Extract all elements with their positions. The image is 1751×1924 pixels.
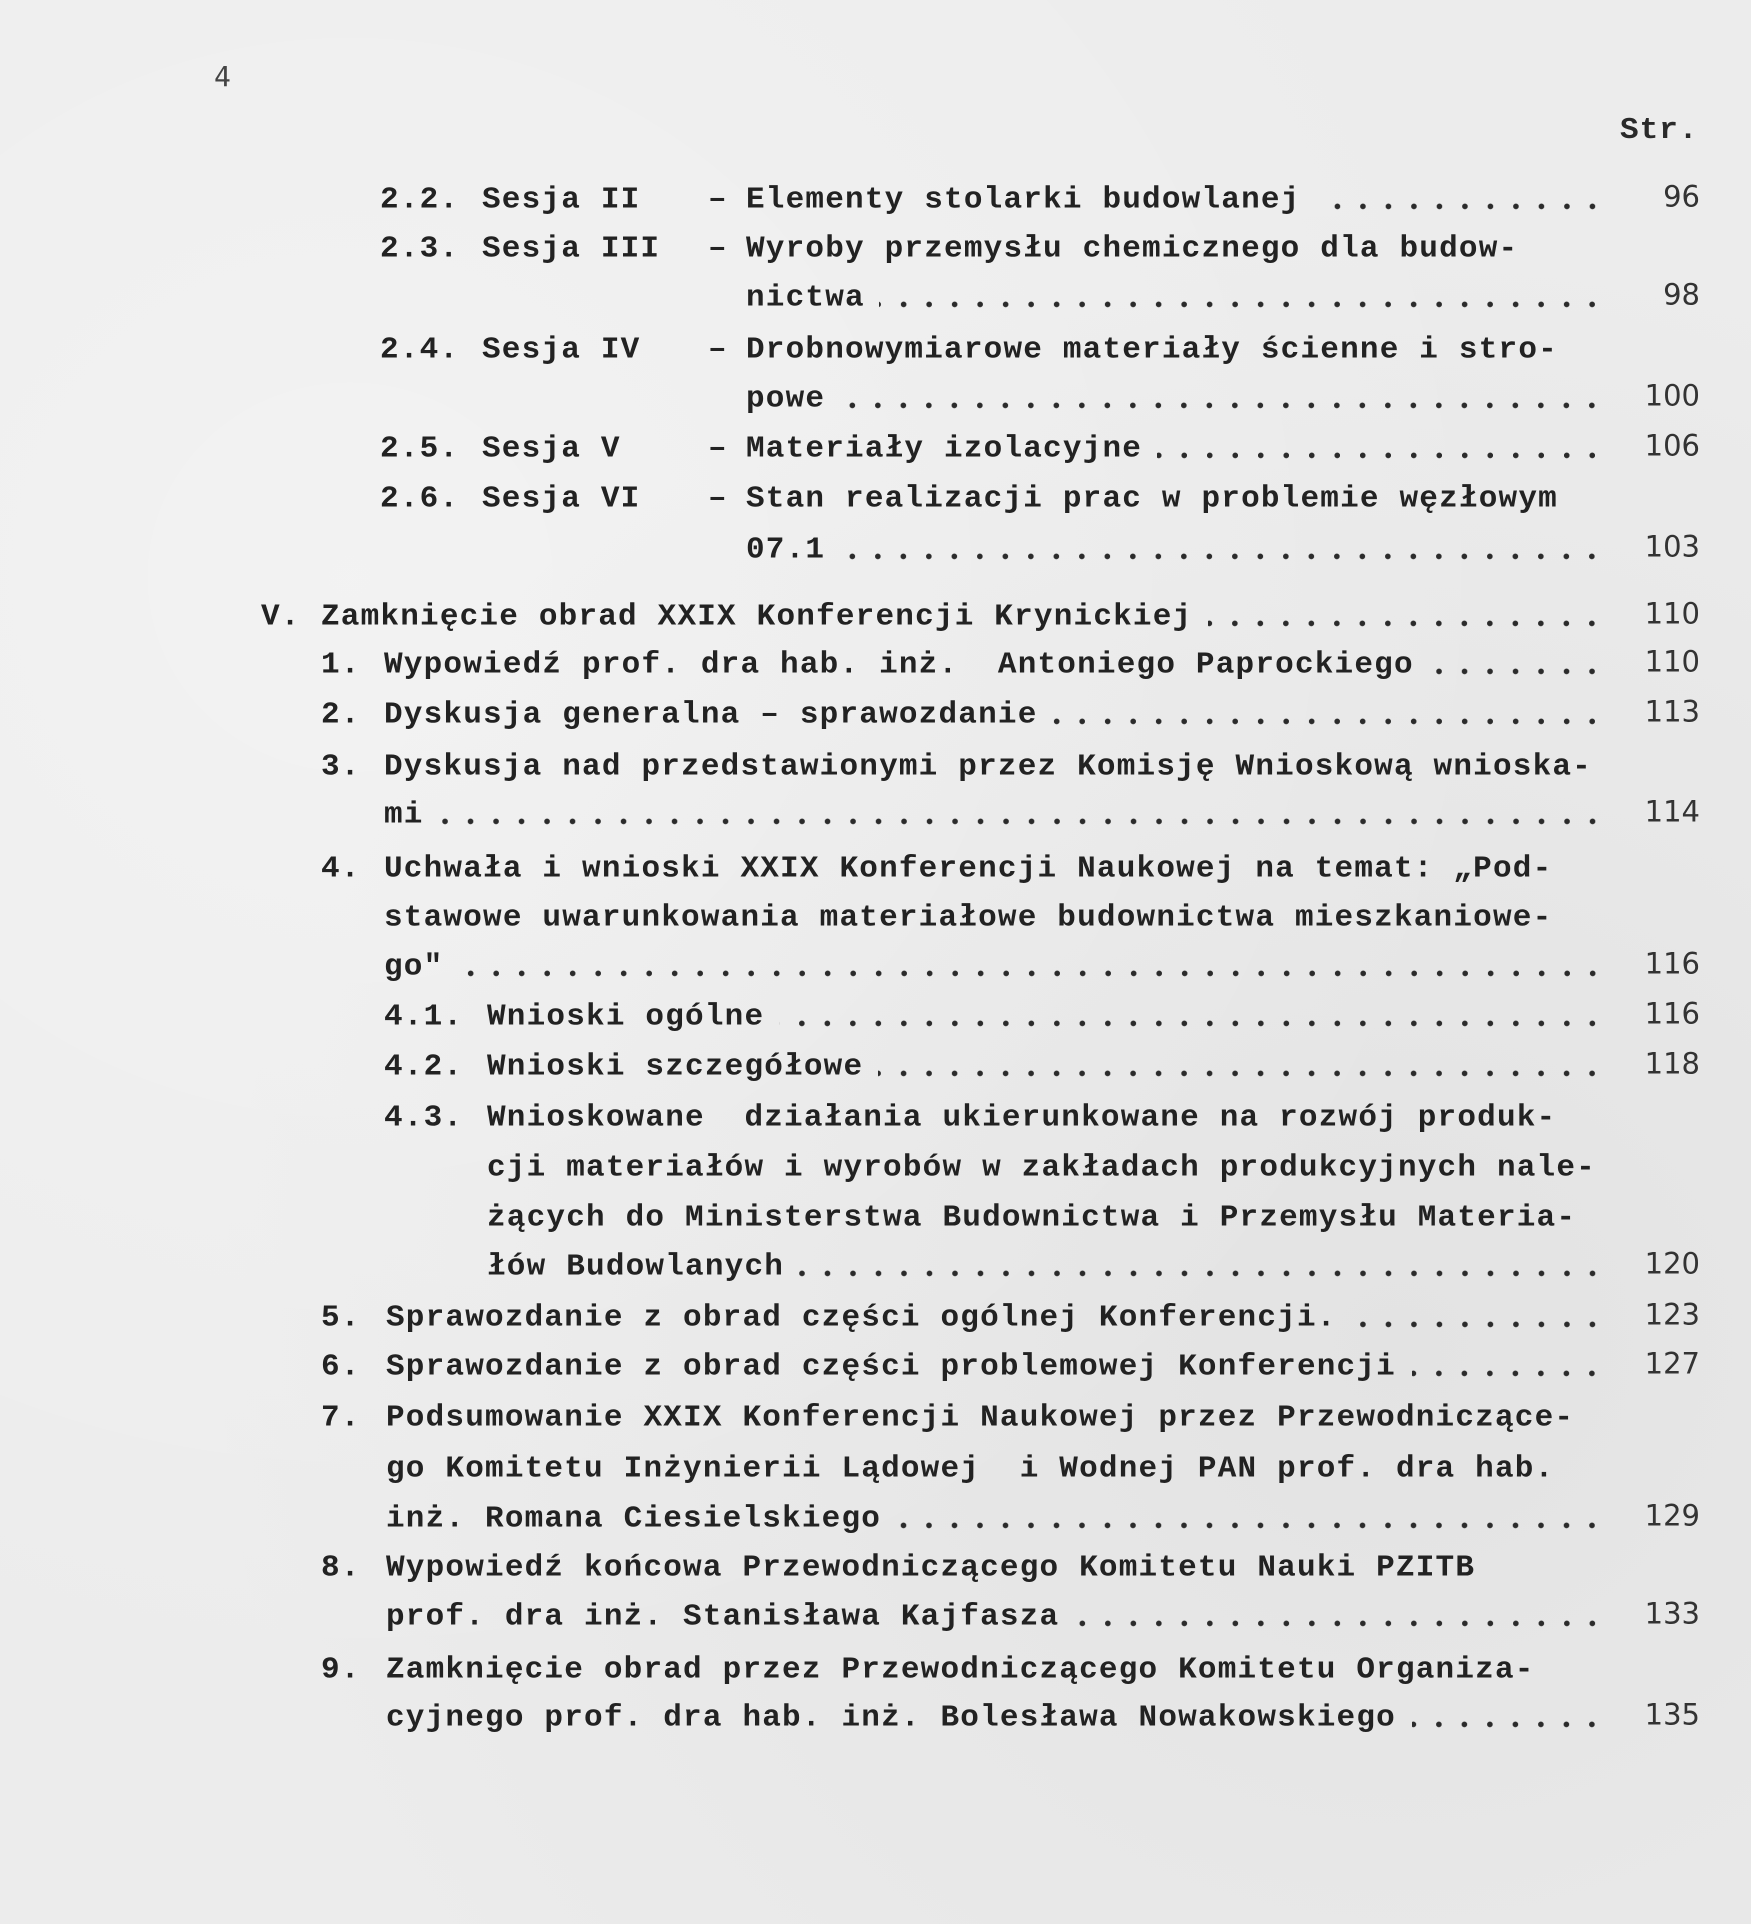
entry-title-line: powe <box>746 384 825 415</box>
page-reference: 113 <box>1645 698 1700 727</box>
leader-dots <box>879 301 1605 307</box>
entry-number: 2.4. <box>380 335 459 366</box>
entry-title-line: Sprawozdanie z obrad części problemowej … <box>386 1352 1396 1383</box>
page-reference: 127 <box>1645 1350 1700 1379</box>
page-reference: 98 <box>1663 281 1700 310</box>
entry-number: 6. <box>321 1352 361 1383</box>
leader-dots <box>878 1070 1605 1076</box>
leader-dots <box>1353 1321 1605 1327</box>
leader-dots <box>1412 1721 1605 1727</box>
entry-title-line: Sprawozdanie z obrad części ogólnej Konf… <box>386 1303 1337 1334</box>
entry-number: 3. <box>321 752 361 783</box>
session-label: Sesja V <box>482 434 621 465</box>
page-number: 4 <box>214 60 231 93</box>
entry-title-line: Zamknięcie obrad przez Przewodniczącego … <box>386 1655 1535 1686</box>
entry-number: 5. <box>321 1303 361 1334</box>
entry-title-line: Stan realizacji prac w problemie węzłowy… <box>746 484 1558 515</box>
entry-title-line: żących do Ministerstwa Budownictwa i Prz… <box>487 1203 1576 1234</box>
page-reference: 116 <box>1645 1000 1700 1029</box>
entry-number: 7. <box>321 1403 361 1434</box>
entry-title-line: Dyskusja generalna – sprawozdanie <box>384 700 1038 731</box>
dash-separator: – <box>708 234 728 265</box>
entry-title-line: Podsumowanie XXIX Konferencji Naukowej p… <box>386 1403 1574 1434</box>
entry-title-line: Wnioskowane działania ukierunkowane na r… <box>487 1103 1556 1134</box>
entry-title-line: Wypowiedź końcowa Przewodniczącego Komit… <box>386 1553 1475 1584</box>
page-reference: 120 <box>1645 1250 1700 1279</box>
entry-number: 9. <box>321 1655 361 1686</box>
leader-dots <box>799 1270 1605 1276</box>
entry-title-line: Zamknięcie obrad XXIX Konferencji Krynic… <box>321 602 1192 633</box>
entry-title-line: Wnioski ogólne <box>487 1002 764 1033</box>
leader-dots <box>1075 1620 1605 1626</box>
page-reference: 110 <box>1645 600 1700 629</box>
entry-title-line: Drobnowymiarowe materiały ścienne i stro… <box>746 335 1558 366</box>
entry-title-line: Dyskusja nad przedstawionymi przez Komis… <box>384 752 1592 783</box>
entry-title-line: stawowe uwarunkowania materiałowe budown… <box>384 903 1552 934</box>
page-reference: 133 <box>1645 1600 1700 1629</box>
entry-number: 4.1. <box>384 1002 463 1033</box>
leader-dots <box>1053 718 1605 724</box>
entry-number: 2.5. <box>380 434 459 465</box>
page-reference: 135 <box>1645 1701 1700 1730</box>
entry-number: 2.3. <box>380 234 459 265</box>
page-reference: 100 <box>1645 382 1700 411</box>
entry-title-line: Wnioski szczegółowe <box>487 1052 863 1083</box>
page-reference: 116 <box>1645 950 1700 979</box>
page-reference: 129 <box>1645 1502 1700 1531</box>
entry-title-line: prof. dra inż. Stanisława Kajfasza <box>386 1602 1059 1633</box>
page-reference: 118 <box>1645 1050 1700 1079</box>
dash-separator: – <box>708 434 728 465</box>
dash-separator: – <box>708 185 728 216</box>
entry-title-line: Wyroby przemysłu chemicznego dla budow- <box>746 234 1518 265</box>
entry-title-line: cji materiałów i wyrobów w zakładach pro… <box>487 1153 1596 1184</box>
entry-title-line: cyjnego prof. dra hab. inż. Bolesława No… <box>386 1703 1396 1734</box>
entry-title-line: Elementy stolarki budowlanej <box>746 185 1301 216</box>
entry-title-line: 07.1 <box>746 535 825 566</box>
dash-separator: – <box>708 484 728 515</box>
page-reference: 96 <box>1663 183 1700 212</box>
leader-dots <box>1208 620 1605 626</box>
entry-number: 4. <box>321 854 361 885</box>
entry-title-line: Materiały izolacyjne <box>746 434 1142 465</box>
entry-title-line: inż. Romana Ciesielskiego <box>386 1504 881 1535</box>
page-reference: 110 <box>1645 648 1700 677</box>
session-label: Sesja II <box>482 185 640 216</box>
leader-dots <box>1157 452 1605 458</box>
entry-number: 4.3. <box>384 1103 463 1134</box>
page-reference: 103 <box>1645 533 1700 562</box>
page-reference: 106 <box>1645 432 1700 461</box>
page-reference: 114 <box>1645 798 1700 827</box>
entry-title-line: Uchwała i wnioski XXIX Konferencji Nauko… <box>384 854 1552 885</box>
leader-dots <box>438 818 1605 824</box>
page-column-header: Str. <box>1620 113 1698 148</box>
session-label: Sesja III <box>482 234 660 265</box>
leader-dots <box>1430 668 1605 674</box>
entry-number: 1. <box>321 650 361 681</box>
session-label: Sesja IV <box>482 335 640 366</box>
entry-title-line: go Komitetu Inżynierii Lądowej i Wodnej … <box>386 1454 1554 1485</box>
entry-number: 4.2. <box>384 1052 463 1083</box>
session-label: Sesja VI <box>482 484 640 515</box>
leader-dots <box>896 1522 1605 1528</box>
dash-separator: – <box>708 335 728 366</box>
entry-title-line: go" <box>384 952 443 983</box>
leader-dots <box>839 402 1605 408</box>
leader-dots <box>779 1020 1605 1026</box>
entry-title-line: Wypowiedź prof. dra hab. inż. Antoniego … <box>384 650 1414 681</box>
entry-title-line: nictwa <box>746 283 865 314</box>
leader-dots <box>1316 203 1605 209</box>
entry-number: 2.6. <box>380 484 459 515</box>
leader-dots <box>839 553 1605 559</box>
entry-number: 2. <box>321 700 361 731</box>
entry-number: 8. <box>321 1553 361 1584</box>
page-reference: 123 <box>1645 1301 1700 1330</box>
leader-dots <box>458 970 1605 976</box>
entry-number: 2.2. <box>380 185 459 216</box>
entry-title-line: mi <box>384 800 424 831</box>
entry-title-line: łów Budowlanych <box>487 1252 784 1283</box>
entry-number: V. <box>261 602 301 633</box>
leader-dots <box>1412 1370 1605 1376</box>
